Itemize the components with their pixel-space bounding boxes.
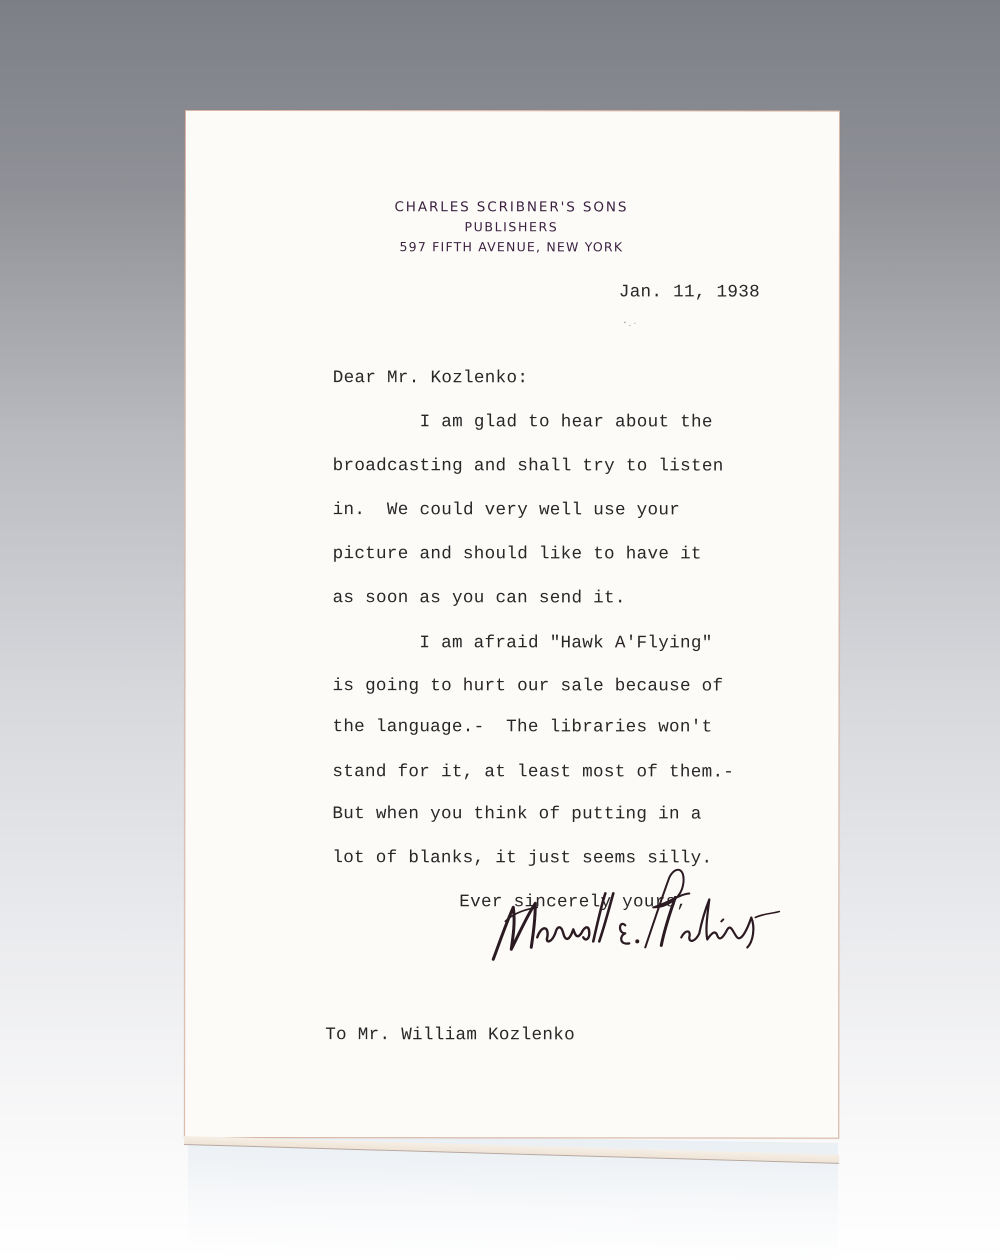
- letterhead-subtitle: PUBLISHERS: [185, 217, 838, 238]
- body-line: I am glad to hear about the: [333, 412, 713, 432]
- handwritten-signature: Maxwell E. Perkins: [485, 863, 785, 963]
- body-line: the language.- The libraries won't: [332, 717, 712, 737]
- body-line: stand for it, at least most of them.-: [332, 762, 734, 782]
- letter-date: Jan. 11, 1938: [619, 282, 760, 302]
- body-line: as soon as you can send it.: [333, 588, 626, 608]
- body-line: in. We could very well use your: [333, 500, 680, 520]
- body-line: I am afraid "Hawk A'Flying": [333, 633, 713, 653]
- body-line: is going to hurt our sale because of: [332, 676, 723, 696]
- letterhead: CHARLES SCRIBNER'S SONS PUBLISHERS 597 F…: [185, 197, 838, 258]
- salutation: Dear Mr. Kozlenko:: [333, 368, 528, 388]
- body-line: picture and should like to have it: [333, 544, 702, 564]
- letterhead-company: CHARLES SCRIBNER'S SONS: [185, 197, 838, 218]
- letterhead-address: 597 FIFTH AVENUE, NEW YORK: [185, 237, 838, 258]
- ink-speck-mark: [621, 319, 641, 329]
- recipient-line: To Mr. William Kozlenko: [325, 1025, 575, 1045]
- letter-sheet: CHARLES SCRIBNER'S SONS PUBLISHERS 597 F…: [184, 110, 840, 1139]
- body-line: But when you think of putting in a: [332, 804, 701, 824]
- body-line: broadcasting and shall try to listen: [333, 456, 724, 476]
